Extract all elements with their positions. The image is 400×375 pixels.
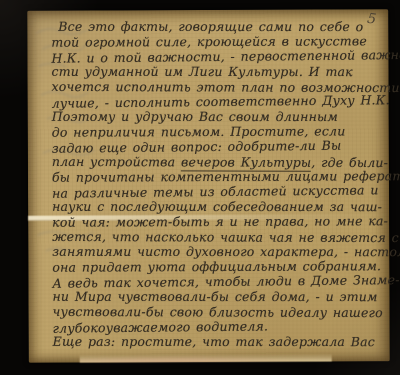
letter-line: Поэтому и удручаю Вас своим длинным [52, 109, 387, 124]
letter-line: жется, что насколько чашка чая не вяжетс… [52, 229, 387, 245]
letter-text: Все это факты, говорящие сами по себе от… [51, 18, 387, 349]
line-segment: жется, что насколько чашка чая не вяжетс… [52, 229, 399, 245]
letter-line: сти удуманной им Лиги Культуры. И так [51, 64, 386, 79]
letter-line: ни Мира чувствовали-бы себя дома, - и эт… [52, 289, 387, 304]
letter-line: Все это факты, говорящие сами по себе о [51, 19, 386, 34]
letter-line: кой чая: может-быть я и не права, но мне… [52, 213, 387, 229]
line-segment: Еще раз: простите, что так задержала Вас [53, 334, 375, 349]
line-segment: ни Мира чувствовали-бы себя дома, - и эт… [52, 289, 377, 304]
letter-line: план устройства вечеров Культуры, где бы… [52, 154, 387, 170]
underlined-phrase: вечеров Культуры [181, 154, 311, 171]
line-segment: занятиями чисто духовного характера, - н… [52, 244, 400, 259]
line-segment: задаю еще один вопрос: одобрите-ли Вы [52, 138, 342, 156]
line-segment: сти удуманной им Лиги Культуры. И так [51, 64, 352, 79]
letter-line: Еще раз: простите, что так задержала Вас [53, 334, 388, 349]
line-segment: Поэтому и удручаю Вас своим длинным [52, 109, 338, 124]
letter-line: занятиями чисто духовного характера, - н… [52, 244, 387, 259]
paper-bottom-edge [79, 353, 332, 362]
letter-line: задаю еще один вопрос: одобрите-ли Вы [52, 137, 387, 156]
line-segment: науки с последующим собеседованием за ча… [52, 199, 382, 214]
line-segment: план устройства [52, 154, 181, 169]
scan-background: 5 Все это факты, говорящие сами по себе … [0, 0, 400, 375]
letter-page: 5 Все это факты, говорящие сами по себе … [27, 9, 390, 363]
line-segment: кой чая: может-быть я и не права, но мне… [52, 213, 388, 229]
line-segment: , где были- [311, 155, 388, 170]
letter-line: науки с последующим собеседованием за ча… [52, 199, 387, 214]
line-segment: Все это факты, говорящие сами по себе о [58, 19, 363, 34]
